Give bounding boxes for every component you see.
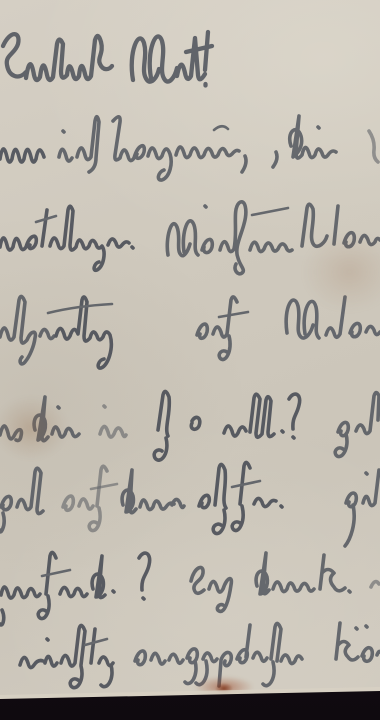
ink-stroke: [91, 484, 117, 489]
ink-stroke: [335, 393, 379, 457]
ink-stroke: [286, 297, 380, 338]
ink-stroke: [132, 36, 205, 81]
ink-stroke: [302, 204, 380, 247]
ink-stroke: [0, 206, 133, 270]
ink-stroke: [205, 32, 208, 86]
ink-stroke: [219, 312, 248, 317]
handwriting-line-1: [3, 32, 212, 86]
handwriting-line-7: [0, 552, 379, 625]
ink-stroke: [0, 296, 54, 363]
ink-stroke: [122, 470, 184, 513]
handwriting-layer: [0, 0, 380, 720]
ink-stroke: [371, 582, 379, 587]
ink-stroke: [252, 208, 288, 215]
ink-stroke: [135, 623, 302, 686]
ink-stroke: [199, 462, 282, 533]
ink-stroke: [167, 202, 292, 274]
ink-stroke: [42, 570, 70, 576]
handwriting-line-8: [20, 623, 380, 688]
ink-stroke: [273, 116, 336, 167]
ink-stroke: [59, 117, 99, 172]
ink-stroke: [191, 567, 231, 611]
ink-stroke: [100, 406, 126, 437]
handwriting-line-3: [0, 202, 380, 274]
handwriting-line-6: [0, 462, 379, 546]
ink-stroke: [154, 391, 299, 460]
ink-stroke: [214, 126, 228, 130]
ink-stroke: [85, 639, 107, 645]
ink-stroke: [242, 156, 246, 172]
ink-stroke: [3, 34, 112, 80]
ink-stroke: [345, 470, 379, 546]
ink-stroke: [63, 466, 107, 530]
ink-stroke: [0, 552, 150, 625]
handwriting-line-5: [0, 391, 379, 460]
ink-stroke: [232, 481, 260, 487]
ink-stroke: [20, 625, 113, 687]
ink-stroke: [0, 468, 43, 532]
ink-stroke: [0, 149, 44, 162]
handwriting-line-4: [0, 296, 380, 368]
ink-stroke: [369, 131, 378, 162]
ink-stroke: [256, 553, 350, 594]
handwriting-line-2: [0, 116, 378, 180]
ink-stroke: [197, 297, 237, 360]
ink-stroke: [34, 397, 79, 441]
ink-stroke: [336, 623, 380, 661]
letter-photo: Lieber Walter! …nn ich dazu, die … …wort…: [0, 0, 380, 720]
ink-stroke: [0, 426, 21, 441]
